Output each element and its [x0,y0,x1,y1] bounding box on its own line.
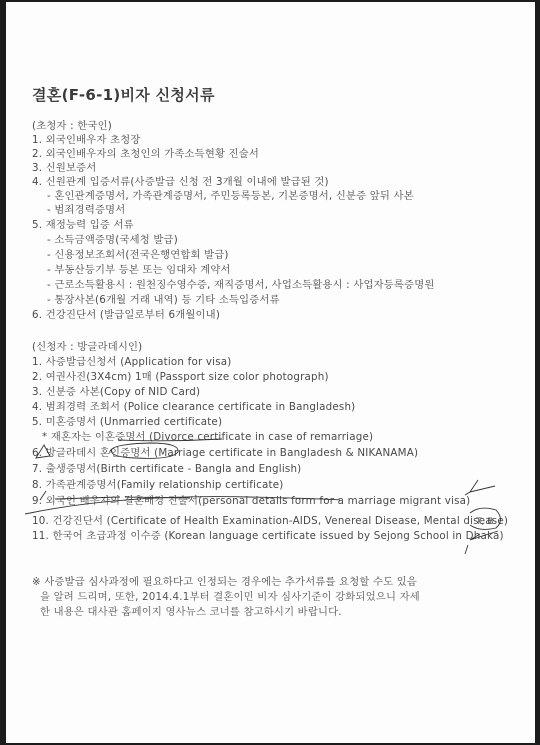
list-note: * 재혼자는 이혼증명서 (Divorce certificate in cas… [42,428,373,443]
footnote-line: ※ 사증발급 심사과정에 필요하다고 인정되는 경우에는 추가서류를 요청할 수… [32,573,417,588]
section-header-applicant: (신청자 : 방글라데시인) [32,338,142,353]
footnote-line: 을 알려 드리며, 또한, 2014.4.1부터 결혼이민 비자 심사기준이 강… [40,588,420,603]
list-subitem: - 근로소득활용시 : 원천징수영수증, 재직증명서, 사업소득활용시 : 사업… [47,276,435,291]
list-item: 2. 여권사진(3X4cm) 1매 (Passport size color p… [32,368,329,383]
list-item: 8. 가족관계증명서(Family relationship certifica… [32,476,284,491]
list-item: 1. 외국인배우자 초청장 [32,131,141,146]
list-item: 9. 외국인 배우자의 결혼배경 진술서(personal details fo… [32,492,470,507]
list-item: 4. 범죄경력 조회서 (Police clearance certificat… [32,398,355,413]
list-item: 5. 미혼증명서 (Unmarried certificate) [32,413,222,428]
list-item: 6. 방글라데시 혼인증명서 (Marriage certificate in … [32,444,418,459]
list-subitem: - 혼인관계증명서, 가족관계증명서, 주민등록등본, 기본증명서, 신분증 앞… [47,187,414,202]
list-item: 6. 건강진단서 (발급일로부터 6개월이내) [32,306,220,321]
list-subitem: - 부동산등기부 등본 또는 임대차 계약서 [47,261,231,276]
list-item: 10. 건강진단서 (Certificate of Health Examina… [32,512,508,527]
list-item: 4. 신원관계 입증서류(사증발급 신청 전 3개월 이내에 발급된 것) [32,173,329,188]
list-item: 5. 재정능력 입증 서류 [32,216,134,231]
section-header-inviter: (초청자 : 한국인) [32,117,112,132]
list-subitem: - 통장사본(6개월 거래 내역) 등 기타 소득입증서류 [47,291,280,306]
list-subitem: - 소득금액증명(국세청 발급) [47,231,178,246]
list-item: 7. 출생증명서(Birth certificate - Bangla and … [32,460,301,475]
list-subitem: - 신용정보조회서(전국은행연합회 발급) [47,246,229,261]
list-item: 2. 외국인배우자의 초청인의 가족소득현황 진술서 [32,145,259,160]
list-item: 3. 신분증 사본(Copy of NID Card) [32,383,200,398]
footnote-line: 한 내용은 대사관 홈페이지 영사뉴스 코너를 참고하시기 바랍니다. [40,603,342,618]
list-subitem: - 범죄경력증명서 [47,201,125,216]
document-title: 결혼(F-6-1)비자 신청서류 [32,84,215,105]
list-item: 3. 신원보증서 [32,159,96,174]
list-item: 11. 한국어 초급과정 이수증 (Korean language certif… [32,527,504,542]
list-item: 1. 사증발급신청서 (Application for visa) [32,353,232,368]
